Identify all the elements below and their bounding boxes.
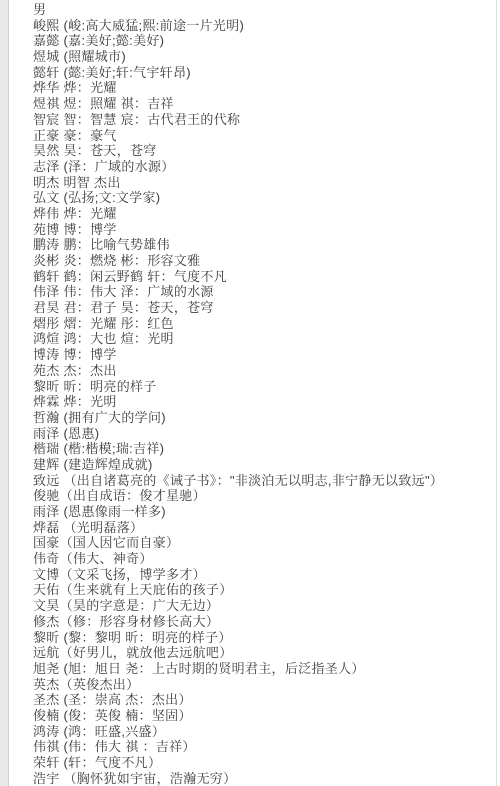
list-item: 俊楠 (俊：英俊 楠：坚固）: [33, 708, 492, 724]
list-item: 弘文 (弘扬;文:文学家): [33, 190, 492, 206]
list-item: 远航（好男儿，就放他去远航吧）: [33, 645, 492, 661]
list-item: 楷瑞 (楷:楷模;瑞:吉祥): [33, 441, 492, 457]
list-item: 苑杰 杰：杰出: [33, 363, 492, 379]
list-item: 圣杰 (圣：崇高 杰：杰出）: [33, 692, 492, 708]
list-item: 懿轩 (懿:美好;轩:气宇轩昂): [33, 65, 492, 81]
list-item: 烨伟 烨：光耀: [33, 206, 492, 222]
list-item: 鹏涛 鹏：比喻气势雄伟: [33, 237, 492, 253]
list-item: 正豪 豪：豪气: [33, 128, 492, 144]
list-item: 建辉 (建造辉煌成就): [33, 457, 492, 473]
list-item: 荣轩 (轩：气度不凡）: [33, 755, 492, 771]
list-item: 智宸 智：智慧 宸：古代君王的代称: [33, 112, 492, 128]
list-item: 致远 （出自诸葛亮的《诫子书》："非淡泊无以明志,非宁静无以致远"）: [33, 473, 492, 489]
list-item: 炎彬 炎：燃烧 彬：形容文雅: [33, 253, 492, 269]
list-item: 哲瀚 (拥有广大的学问): [33, 410, 492, 426]
list-item: 峻熙 (峻:高大威猛;熙:前途一片光明): [33, 18, 492, 34]
list-item: 鸿涛 (鸿：旺盛,兴盛）: [33, 724, 492, 740]
name-list-document: 男 峻熙 (峻:高大威猛;熙:前途一片光明)嘉懿 (嘉:美好;懿:美好)煜城 (…: [33, 2, 492, 786]
list-item: 嘉懿 (嘉:美好;懿:美好): [33, 33, 492, 49]
list-item: 修杰（修：形容身材修长高大）: [33, 614, 492, 630]
name-list: 峻熙 (峻:高大威猛;熙:前途一片光明)嘉懿 (嘉:美好;懿:美好)煜城 (照耀…: [33, 18, 492, 786]
list-item: 鹤轩 鹤：闲云野鹤 轩：气度不凡: [33, 269, 492, 285]
list-item: 雨泽 (恩惠像雨一样多): [33, 504, 492, 520]
list-item: 博涛 博：博学: [33, 347, 492, 363]
list-item: 英杰（英俊杰出）: [33, 677, 492, 693]
list-item: 君昊 君：君子 昊：苍天，苍穹: [33, 300, 492, 316]
list-item: 明杰 明智 杰出: [33, 175, 492, 191]
list-item: 黎昕 昕：明亮的样子: [33, 379, 492, 395]
list-item: 浩宇 （胸怀犹如宇宙，浩瀚无穷）: [33, 771, 492, 786]
list-item: 熠彤 熠：光耀 彤：红色: [33, 316, 492, 332]
list-item: 鸿煊 鸿：大也 煊：光明: [33, 331, 492, 347]
list-item: 伟祺 (伟：伟大 祺 ：吉祥）: [33, 739, 492, 755]
page-heading: 男: [33, 2, 492, 18]
list-item: 黎昕 (黎：黎明 昕：明亮的样子）: [33, 630, 492, 646]
right-edge-line: [496, 0, 497, 786]
list-item: 烨华 烨：光耀: [33, 80, 492, 96]
list-item: 烨磊 （光明磊落）: [33, 520, 492, 536]
list-item: 烨霖 烨：光明: [33, 394, 492, 410]
list-item: 旭尧 (旭：旭日 尧：上古时期的贤明君主，后泛指圣人）: [33, 661, 492, 677]
list-item: 伟泽 伟：伟大 泽：广域的水源: [33, 284, 492, 300]
list-item: 煜祺 煜：照耀 祺：吉祥: [33, 96, 492, 112]
list-item: 伟奇（伟大、神奇）: [33, 551, 492, 567]
list-item: 俊驰（出自成语：俊才星驰）: [33, 488, 492, 504]
left-gutter: [0, 0, 9, 786]
list-item: 国豪（国人因它而自豪）: [33, 535, 492, 551]
list-item: 昊然 昊：苍天，苍穹: [33, 143, 492, 159]
list-item: 苑博 博：博学: [33, 222, 492, 238]
list-item: 雨泽 (恩惠): [33, 426, 492, 442]
list-item: 文昊（昊的字意是：广大无边）: [33, 598, 492, 614]
list-item: 文博（文采飞扬，博学多才）: [33, 567, 492, 583]
list-item: 天佑（生来就有上天庇佑的孩子）: [33, 582, 492, 598]
list-item: 志泽 (泽：广域的水源）: [33, 159, 492, 175]
list-item: 煜城 (照耀城市): [33, 49, 492, 65]
